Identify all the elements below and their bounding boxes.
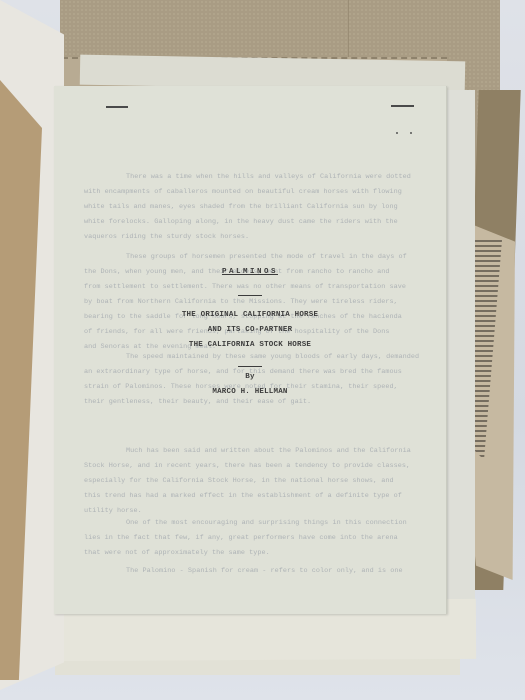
punch-dot [396,132,398,134]
margin-mark [391,105,414,107]
punch-dot [410,132,412,134]
body-line: The speed maintained by these same young… [126,350,419,365]
author-name: MARCO H. HELLMAN [54,388,446,396]
body-line: with encampments of caballeros mounted o… [84,185,402,200]
body-line: their gentleness, their beauty, and thei… [84,395,311,410]
body-line: white tails and manes, eyes shaded from … [84,200,398,215]
body-line: white forelocks. Galloping along, in the… [84,215,398,230]
subtitle-line: THE ORIGINAL CALIFORNIA HORSE [54,311,446,319]
body-line: from settlement to settlement. There was… [84,280,406,295]
body-line: These groups of horsemen presented the m… [126,250,407,265]
body-line: this trend has had a marked effect in th… [84,489,402,504]
byline-prefix: By [54,373,446,381]
body-line: The Palomino - Spanish for cream - refer… [126,564,403,579]
title-rule [238,295,262,296]
under-sheet-right [445,90,475,610]
body-line: Stock Horse, and in recent years, there … [84,459,410,474]
typewritten-page: There was a time when the hills and vall… [54,86,447,614]
document-title: PALMINOS [54,268,446,276]
subtitle-line: THE CALIFORNIA STOCK HORSE [54,341,446,349]
body-line: There was a time when the hills and vall… [126,170,411,185]
body-line: especially for the California Stock Hors… [84,474,394,489]
body-line: vaqueros riding the sturdy stock horses. [84,230,249,245]
body-line: Much has been said and written about the… [126,444,411,459]
subtitle-line: AND ITS CO-PARTNER [54,326,446,334]
margin-mark [106,106,128,108]
byline-rule [238,366,262,367]
body-line: lies in the fact that few, if any, great… [84,531,398,546]
folder-crease [348,0,349,60]
body-line: One of the most encouraging and surprisi… [126,516,407,531]
body-line: that were not of approximately the same … [84,546,270,561]
body-line: by boat from Northern California to the … [84,295,398,310]
